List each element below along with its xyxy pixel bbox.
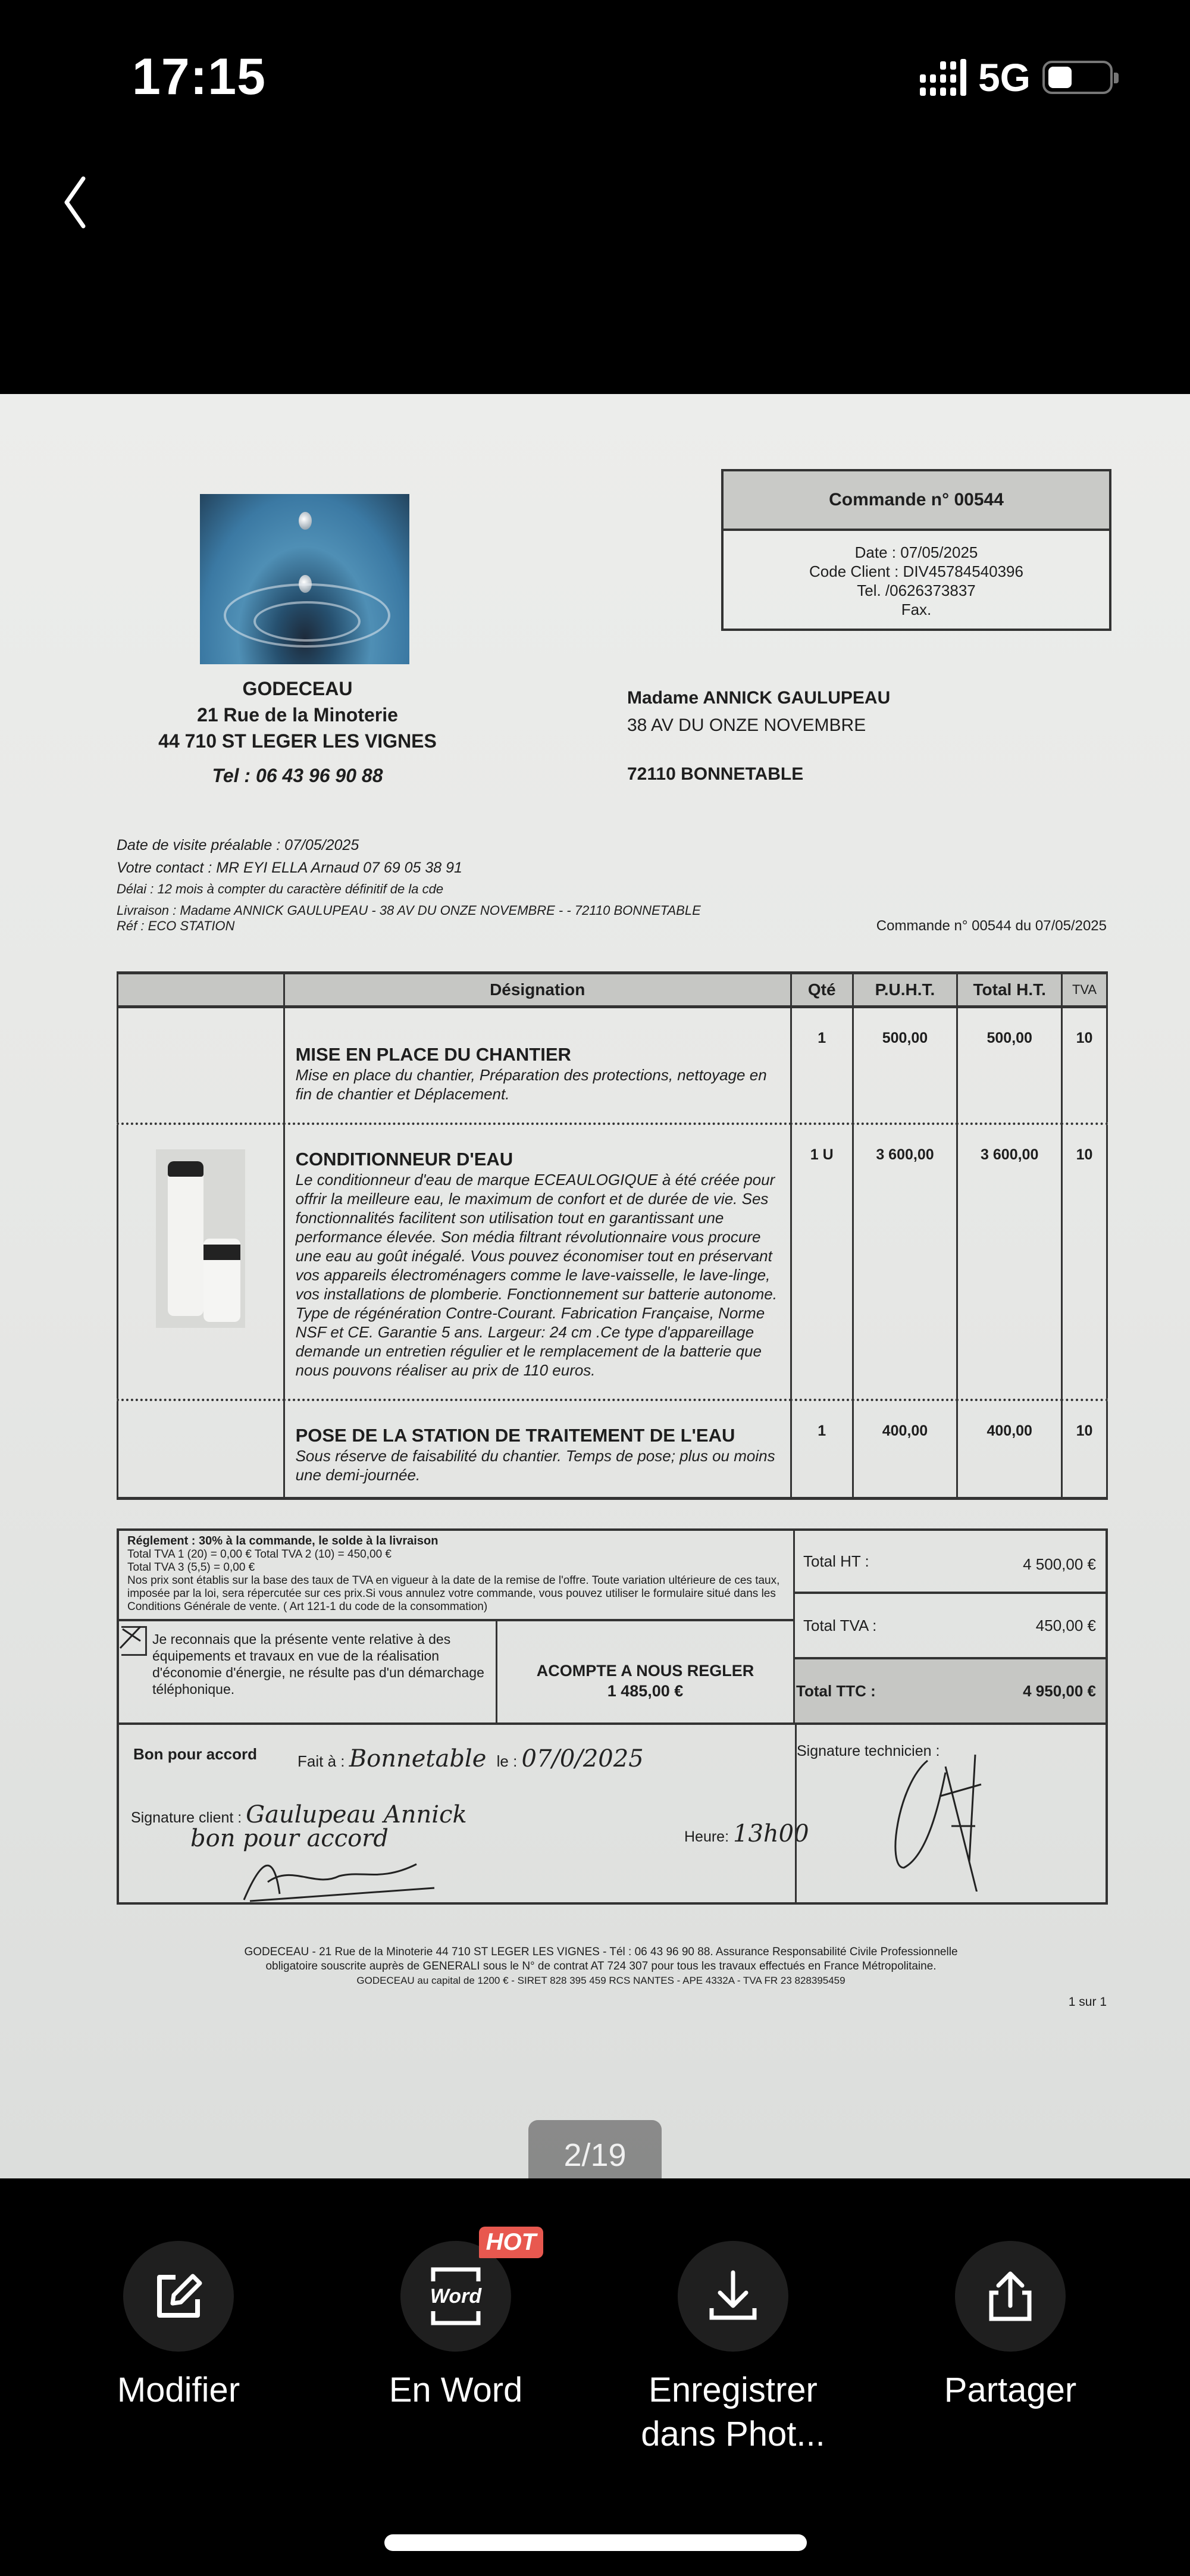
line-desc: Sous réserve de faisabilité du chantier.… bbox=[296, 1446, 783, 1484]
visit-date: Date de visite préalable : 07/05/2025 bbox=[117, 836, 701, 854]
total-tva-label: Total TVA : bbox=[803, 1617, 876, 1635]
approval-label: Bon pour accord bbox=[133, 1745, 257, 1764]
place-and-date: Fait à : Bonnetable le : 07/0/2025 bbox=[297, 1745, 644, 1772]
client-code: Code Client : DIV45784540396 bbox=[724, 562, 1109, 581]
company-address: GODECEAU 21 Rue de la Minoterie 44 710 S… bbox=[119, 676, 476, 789]
line-total: 400,00 bbox=[957, 1400, 1062, 1499]
hot-badge: HOT bbox=[479, 2227, 543, 2258]
status-indicators: 5G bbox=[920, 55, 1113, 100]
company-tel: Tel : 06 43 96 90 88 bbox=[119, 762, 476, 789]
table-row: POSE DE LA STATION DE TRAITEMENT DE L'EA… bbox=[118, 1400, 1107, 1499]
client-name: Madame ANNICK GAULUPEAU bbox=[627, 684, 890, 712]
payment-terms: Réglement : 30% à la commande, le solde … bbox=[119, 1531, 795, 1621]
svg-text:Word: Word bbox=[430, 2285, 482, 2308]
client-city: 72110 BONNETABLE bbox=[627, 761, 890, 788]
table-row: MISE EN PLACE DU CHANTIERMise en place d… bbox=[118, 1007, 1107, 1124]
client-signature-scribble bbox=[238, 1852, 452, 1906]
client-fax: Fax. bbox=[724, 600, 1109, 619]
download-icon bbox=[703, 2266, 763, 2326]
line-desc: Le conditionneur d'eau de marque ECEAULO… bbox=[296, 1170, 783, 1380]
client-address: Madame ANNICK GAULUPEAU 38 AV DU ONZE NO… bbox=[627, 684, 890, 788]
status-time: 17:15 bbox=[132, 48, 266, 107]
client-signature-label: Signature client : bbox=[131, 1809, 242, 1826]
edit-icon bbox=[149, 2266, 208, 2326]
time: Heure: 13h00 bbox=[684, 1820, 809, 1847]
modify-label: Modifier bbox=[71, 2368, 286, 2412]
tva-breakdown-2: Total TVA 3 (5,5) = 0,00 € bbox=[127, 1561, 785, 1574]
acknowledgement-text: Je reconnais que la présente vente relat… bbox=[119, 1621, 497, 1722]
date-label: le : bbox=[497, 1752, 518, 1770]
line-qty: 1 U bbox=[791, 1124, 853, 1400]
line-title: MISE EN PLACE DU CHANTIER bbox=[296, 1044, 783, 1065]
save-to-photos-label: Enregistrer dans Phot... bbox=[635, 2368, 831, 2456]
technician-signature: Signature technicien : bbox=[795, 1725, 1106, 1905]
order-box: Commande n° 00544 Date : 07/05/2025 Code… bbox=[721, 469, 1111, 631]
tva-breakdown-1: Total TVA 1 (20) = 0,00 € Total TVA 2 (1… bbox=[127, 1548, 785, 1561]
delay: Délai : 12 mois à compter du caractère d… bbox=[117, 880, 701, 898]
order-date: Date : 07/05/2025 bbox=[724, 543, 1109, 562]
line-tva: 10 bbox=[1062, 1400, 1107, 1499]
legal-footer: GODECEAU - 21 Rue de la Minoterie 44 710… bbox=[178, 1945, 1023, 1988]
col-unit-price: P.U.H.T. bbox=[853, 973, 957, 1007]
share-button[interactable]: Partager bbox=[903, 2241, 1117, 2412]
line-qty: 1 bbox=[791, 1007, 853, 1124]
word-export-button[interactable]: Word HOT En Word bbox=[349, 2241, 563, 2412]
company-street: 21 Rue de la Minoterie bbox=[119, 702, 476, 728]
share-label: Partager bbox=[903, 2368, 1117, 2412]
client-approval-handwritten: bon pour accord bbox=[190, 1825, 467, 1852]
date-handwritten: 07/0/2025 bbox=[522, 1745, 644, 1772]
modify-button[interactable]: Modifier bbox=[71, 2241, 286, 2412]
signal-icon bbox=[920, 59, 966, 96]
back-chevron-icon[interactable] bbox=[59, 173, 95, 232]
line-title: CONDITIONNEUR D'EAU bbox=[296, 1149, 783, 1170]
order-reference: Commande n° 00544 du 07/05/2025 bbox=[876, 918, 1107, 934]
client-street: 38 AV DU ONZE NOVEMBRE bbox=[627, 712, 890, 739]
deposit-due: ACOMPTE A NOUS REGLER 1 485,00 € bbox=[497, 1621, 795, 1722]
deposit-label: ACOMPTE A NOUS REGLER bbox=[497, 1661, 793, 1681]
line-total: 500,00 bbox=[957, 1007, 1062, 1124]
total-ttc-label: Total TTC : bbox=[796, 1682, 876, 1700]
time-label: Heure: bbox=[684, 1828, 729, 1845]
word-icon: Word bbox=[426, 2264, 486, 2329]
order-summary: Réglement : 30% à la commande, le solde … bbox=[117, 1528, 1108, 1905]
line-title: POSE DE LA STATION DE TRAITEMENT DE L'EA… bbox=[296, 1425, 783, 1446]
reference: Réf : ECO STATION bbox=[117, 920, 701, 933]
page-number: 1 sur 1 bbox=[1069, 1995, 1107, 2009]
order-lines-table: Désignation Qté P.U.H.T. Total H.T. TVA … bbox=[117, 971, 1108, 1500]
tva-notice: Nos prix sont établis sur la base des ta… bbox=[127, 1574, 785, 1614]
total-tva-value: 450,00 € bbox=[1036, 1617, 1096, 1635]
line-unit-price: 500,00 bbox=[853, 1007, 957, 1124]
col-image bbox=[118, 973, 284, 1007]
col-total: Total H.T. bbox=[957, 973, 1062, 1007]
deposit-amount: 1 485,00 € bbox=[497, 1681, 793, 1701]
company-city: 44 710 ST LEGER LES VIGNES bbox=[119, 728, 476, 754]
col-designation: Désignation bbox=[284, 973, 791, 1007]
line-qty: 1 bbox=[791, 1400, 853, 1499]
total-ht-value: 4 500,00 € bbox=[1023, 1555, 1096, 1574]
technician-signature-scribble bbox=[892, 1749, 1011, 1892]
client-signature: Signature client : Gaulupeau Annick bon … bbox=[131, 1801, 467, 1910]
signature-zone: Bon pour accord Fait à : Bonnetable le :… bbox=[119, 1722, 1106, 1905]
place-handwritten: Bonnetable bbox=[349, 1745, 487, 1772]
line-tva: 10 bbox=[1062, 1124, 1107, 1400]
save-to-photos-button[interactable]: Enregistrer dans Phot... bbox=[626, 2241, 840, 2456]
totals: Total HT :4 500,00 € Total TVA :450,00 €… bbox=[795, 1531, 1106, 1722]
delivery: Livraison : Madame ANNICK GAULUPEAU - 38… bbox=[117, 902, 701, 920]
line-tva: 10 bbox=[1062, 1007, 1107, 1124]
col-qty: Qté bbox=[791, 973, 853, 1007]
place-label: Fait à : bbox=[297, 1752, 345, 1770]
line-unit-price: 3 600,00 bbox=[853, 1124, 957, 1400]
total-ttc-value: 4 950,00 € bbox=[1023, 1682, 1096, 1700]
battery-icon bbox=[1042, 61, 1113, 94]
order-meta: Date de visite préalable : 07/05/2025 Vo… bbox=[117, 836, 701, 933]
table-row: CONDITIONNEUR D'EAULe conditionneur d'ea… bbox=[118, 1124, 1107, 1400]
contact: Votre contact : MR EYI ELLA Arnaud 07 69… bbox=[117, 859, 701, 877]
network-type: 5G bbox=[978, 55, 1031, 100]
company-name: GODECEAU bbox=[119, 676, 476, 702]
line-desc: Mise en place du chantier, Préparation d… bbox=[296, 1065, 783, 1103]
line-total: 3 600,00 bbox=[957, 1124, 1062, 1400]
line-unit-price: 400,00 bbox=[853, 1400, 957, 1499]
company-logo-water-drop bbox=[200, 494, 409, 664]
legal-line-1: GODECEAU - 21 Rue de la Minoterie 44 710… bbox=[178, 1945, 1023, 1959]
water-conditioner-image bbox=[156, 1149, 245, 1328]
col-tva: TVA bbox=[1062, 973, 1107, 1007]
bottom-toolbar: Modifier Word HOT En Word Enregistrer da… bbox=[0, 2178, 1190, 2576]
total-ht-label: Total HT : bbox=[803, 1552, 869, 1571]
order-number: Commande n° 00544 bbox=[724, 471, 1109, 531]
legal-line-3: GODECEAU au capital de 1200 € - SIRET 82… bbox=[178, 1974, 1023, 1988]
client-tel: Tel. /0626373837 bbox=[724, 581, 1109, 600]
payment-schedule: Réglement : 30% à la commande, le solde … bbox=[127, 1534, 438, 1548]
home-indicator[interactable] bbox=[384, 2534, 807, 2551]
share-icon bbox=[981, 2266, 1040, 2326]
word-export-label: En Word bbox=[349, 2368, 563, 2412]
legal-line-2: obligatoire souscrite auprès de GENERALI… bbox=[178, 1959, 1023, 1974]
